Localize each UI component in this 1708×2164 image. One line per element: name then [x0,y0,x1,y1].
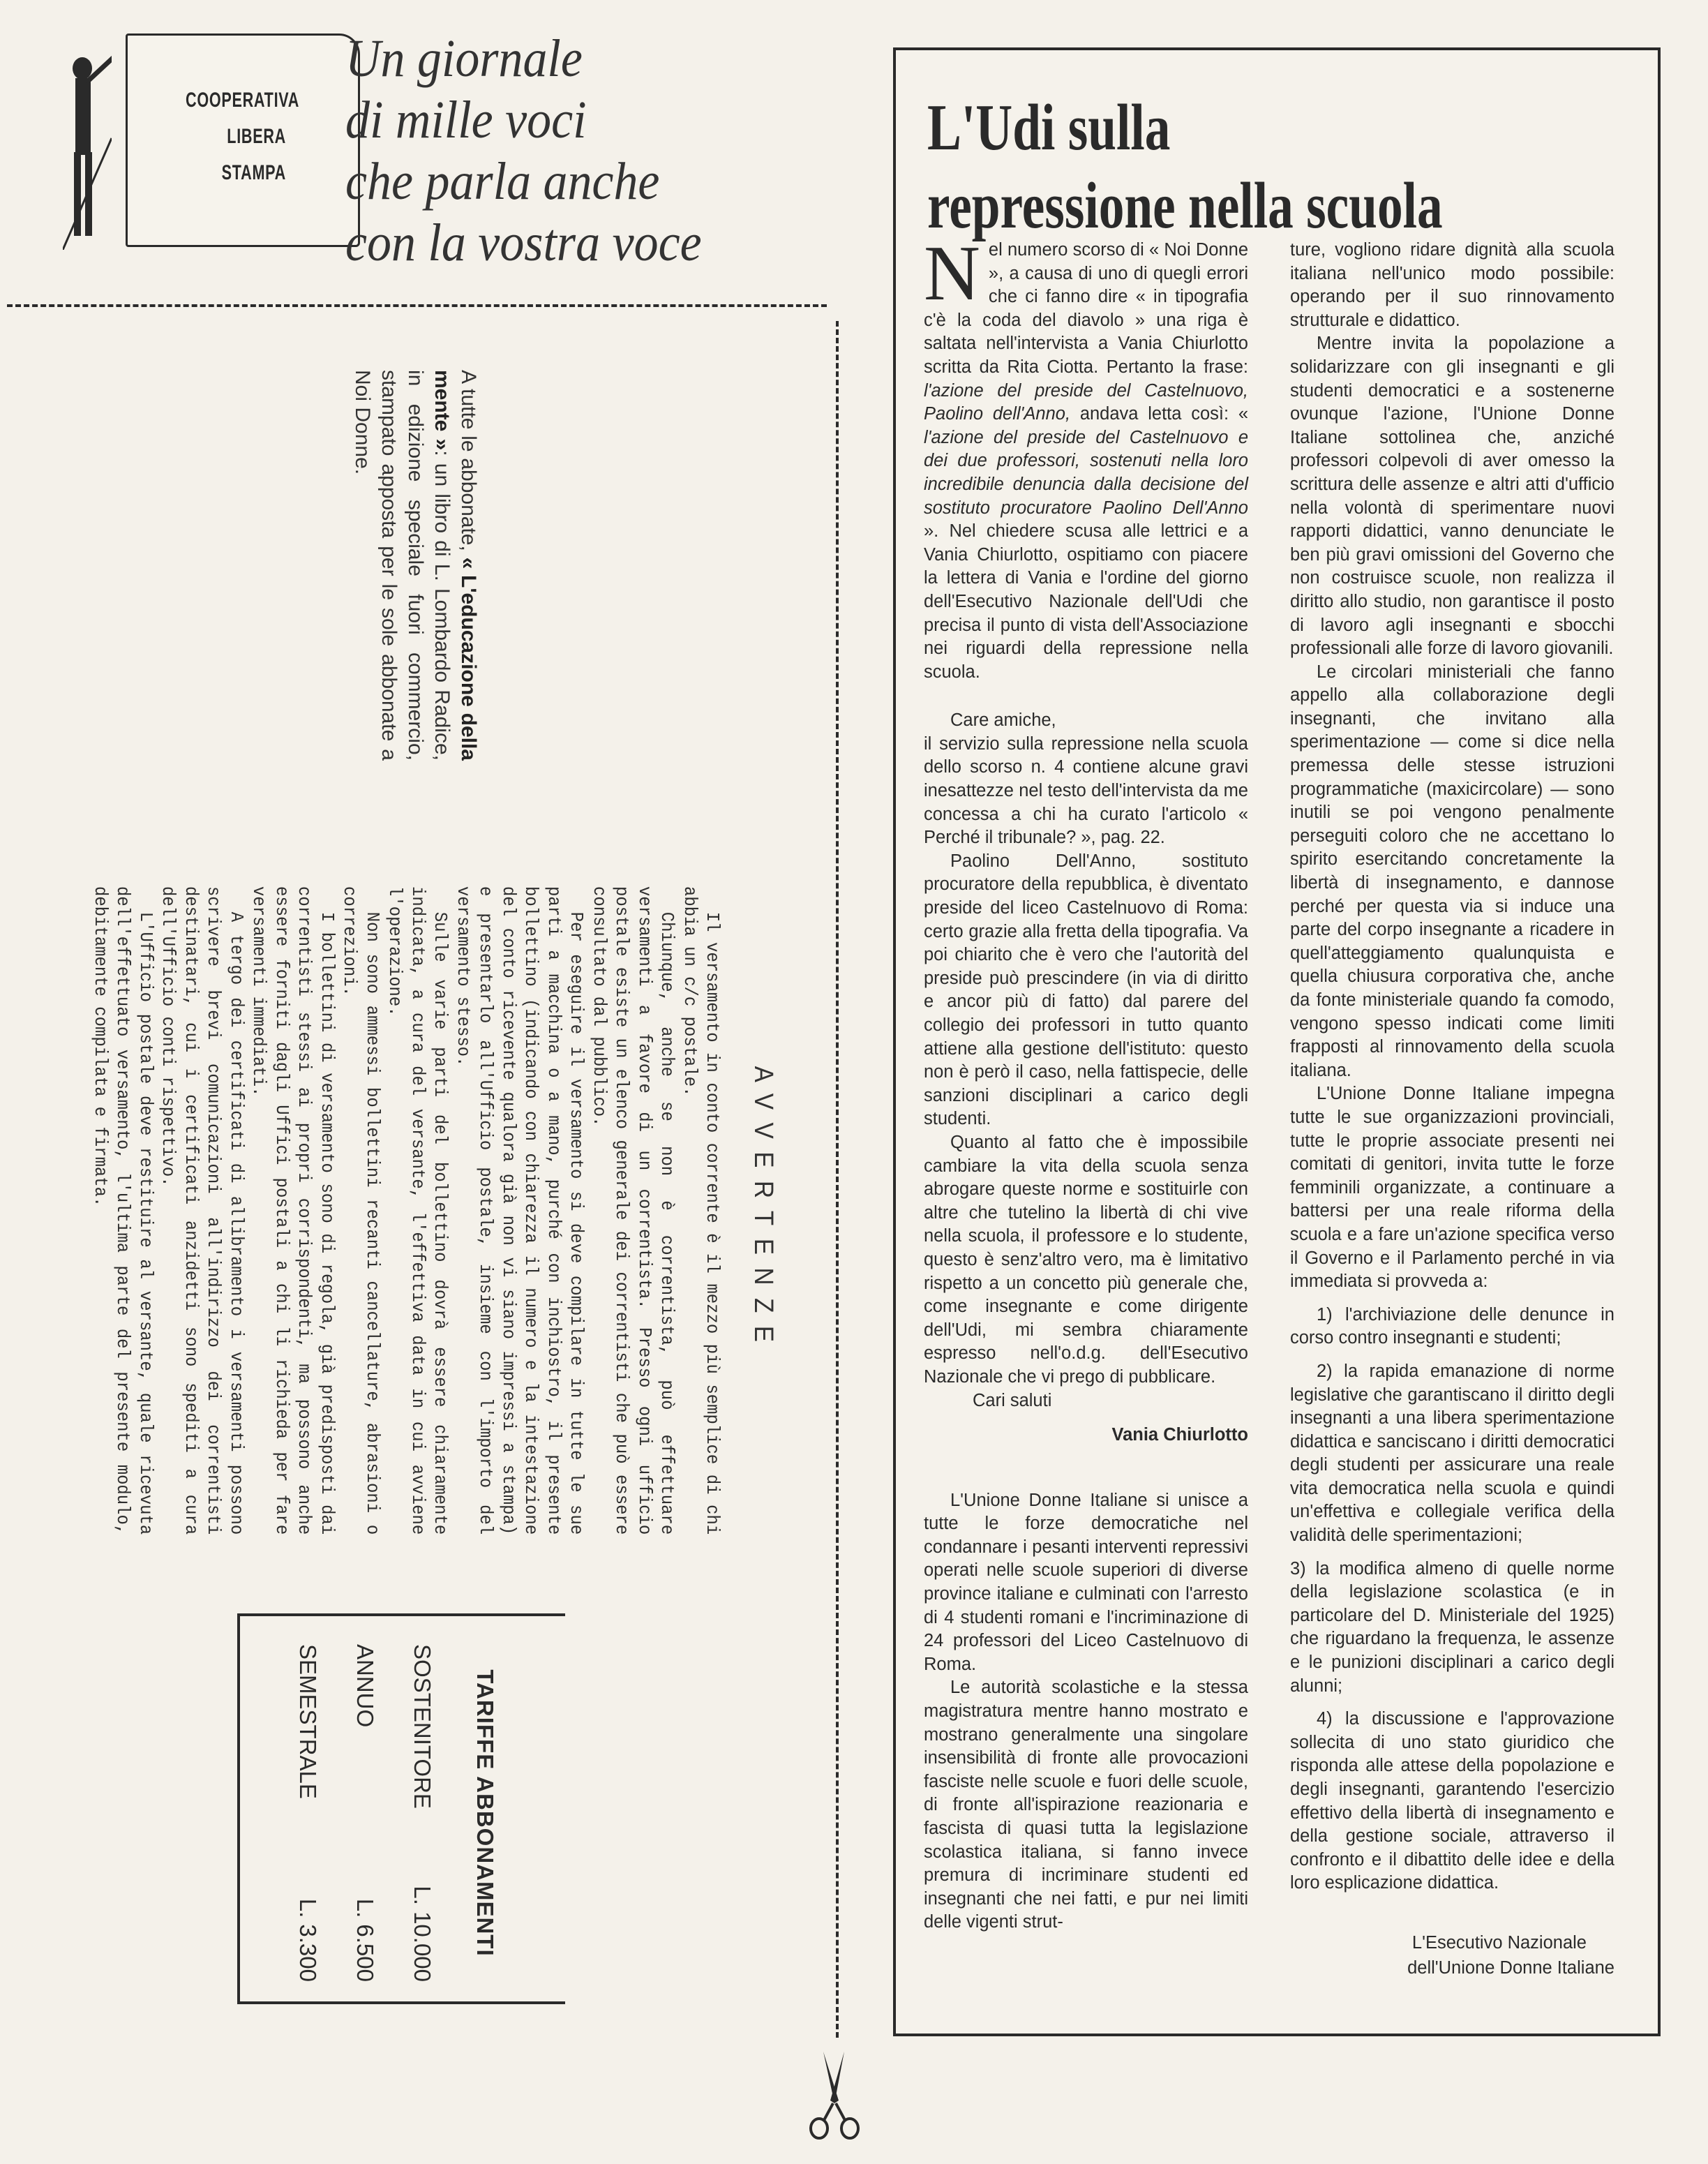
rate-row: SOSTENITORE L. 10.000 [394,1644,451,1982]
rate-label: ANNUO [336,1644,394,1727]
notice-intro: A tutte le abbonate, [457,370,480,558]
rate-label: SEMESTRALE [279,1644,336,1799]
avvertenze-paragraph: Il versamento in conto corrente è il mez… [679,886,724,1535]
avvertenze-paragraph: Per eseguire il versamento si deve compi… [452,886,588,1535]
subscription-rates-box: TARIFFE ABBONAMENTI SOSTENITORE L. 10.00… [237,1613,565,2004]
intro-text: andava letta così: « [1070,404,1248,424]
letter-paragraph: Quanto al fatto che è impossibile cambia… [924,1131,1248,1389]
logo-line-libera: LIBERA [186,119,286,155]
avvertenze-paragraph: Non sono ammessi bollettini recanti canc… [338,886,384,1535]
subscriber-book-notice: A tutte le abbonate, « L'educazione dell… [349,370,481,761]
headline-line: repressione nella scuola [927,167,1471,245]
demand-item: 1) l'archiviazione delle denunce in cors… [1290,1304,1615,1350]
demand-item: 4) la discussione e l'approvazione solle… [1290,1708,1615,1895]
signature-line: L'Esecutivo Nazionale [1290,1930,1615,1955]
slogan-line: di mille voci [345,89,833,151]
article-column-2: ture, vogliono ridare dignità alla scuol… [1290,239,1615,1980]
odg-paragraph: ture, vogliono ridare dignità alla scuol… [1290,239,1615,332]
rates-title: TARIFFE ABBONAMENTI [472,1644,498,1982]
avvertenze-paragraph: L'Ufficio postale deve restituire al ver… [89,886,158,1535]
rate-label: SOSTENITORE [394,1644,451,1809]
logo-line-stampa: STAMPA [186,155,286,191]
slogan-line: Un giornale [345,28,833,89]
logo-text: COOPERATIVA LIBERA STAMPA [186,82,286,191]
headline-line: L'Udi sulla [927,89,1471,167]
avvertenze-section: AVVERTENZE Il versamento in conto corren… [89,886,775,1535]
rate-price: L. 10.000 [394,1886,451,1982]
slogan: Un giornale di mille voci che parla anch… [345,28,833,274]
odg-paragraph: Mentre invita la popolazione a solidariz… [1290,332,1615,660]
rate-row: SEMESTRALE L. 3.300 [279,1644,336,1982]
odg-paragraph: L'Unione Donne Italiane impegna tutte le… [1290,1082,1615,1293]
intro-paragraph: Nel numero scorso di « Noi Donne », a ca… [924,239,1248,684]
avvertenze-paragraph: Sulle varie parti del bollettino dovrà e… [384,886,452,1535]
man-putting-up-poster-icon [63,47,112,250]
scissors-icon [802,2045,865,2142]
intro-quote: l'azione del preside del Castelnuovo e d… [924,428,1248,518]
letter-paragraph: Paolino Dell'Anno, sostituto procuratore… [924,850,1248,1131]
letter-signature: Vania Chiurlotto [924,1424,1248,1447]
odg-signature: L'Esecutivo Nazionale dell'Unione Donne … [1290,1930,1615,1980]
avvertenze-paragraph: A tergo dei certificati di allibramento … [157,886,248,1535]
demand-item: 2) la rapida emanazione di norme legisla… [1290,1360,1615,1548]
intro-text: ». Nel chiedere scusa alle lettrici e a … [924,521,1248,682]
rate-row: ANNUO L. 6.500 [336,1644,394,1982]
cooperativa-libera-stampa-logo: COOPERATIVA LIBERA STAMPA [56,20,307,257]
horizontal-cut-line [7,304,827,307]
odg-paragraph: Le circolari ministeriali che fanno appe… [1290,661,1615,1083]
avvertenze-paragraph: I bollettini di versamento sono di regol… [248,886,338,1535]
demand-item: 3) la modifica almeno di quelle norme de… [1290,1558,1615,1699]
signature-line: dell'Unione Donne Italiane [1290,1955,1615,1980]
rate-price: L. 6.500 [336,1899,394,1982]
odg-paragraph: L'Unione Donne Italiane si unisce a tutt… [924,1489,1248,1677]
article-headline: L'Udi sulla repressione nella scuola [927,89,1471,245]
article-column-1: Nel numero scorso di « Noi Donne », a ca… [924,239,1248,1934]
slogan-line: che parla anche [345,151,833,212]
letter-closing: Cari saluti [924,1389,1248,1413]
avvertenze-heading: AVVERTENZE [752,886,775,1535]
avvertenze-paragraph: Chiunque, anche se non è correntista, pu… [588,886,679,1535]
odg-paragraph: Le autorità scolastiche e la stessa magi… [924,1676,1248,1934]
article-box: L'Udi sulla repressione nella scuola Nel… [893,47,1661,2036]
letter-paragraph: il servizio sulla repressione nella scuo… [924,733,1248,850]
slogan-line: con la vostra voce [345,212,833,274]
drop-cap: N [924,241,980,306]
vertical-cut-line [836,321,839,2038]
rate-price: L. 3.300 [279,1899,336,1982]
letter-salutation: Care amiche, [924,709,1248,733]
logo-line-cooperativa: COOPERATIVA [186,82,286,119]
